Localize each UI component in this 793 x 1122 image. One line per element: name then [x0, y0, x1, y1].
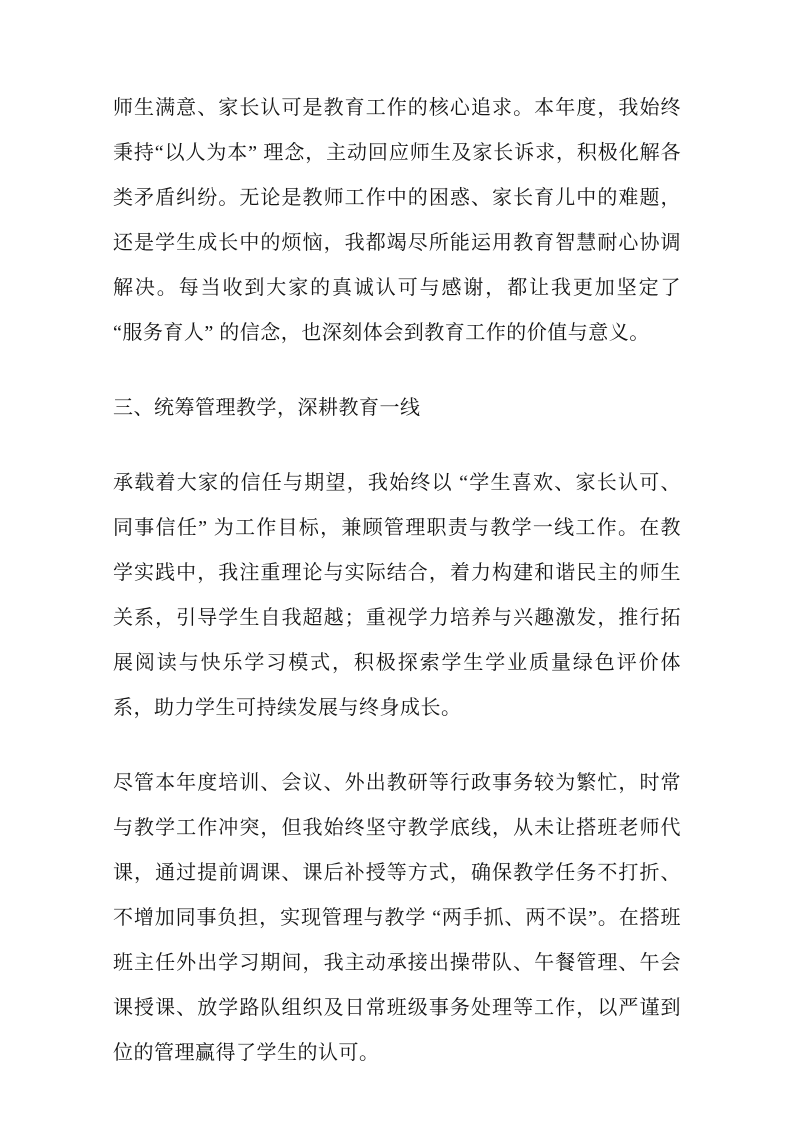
- document-page: 师生满意、家长认可是教育工作的核心追求。本年度，我始终秉持“以人为本” 理念，主…: [0, 0, 793, 1122]
- paragraph-service-belief: 师生满意、家长认可是教育工作的核心追求。本年度，我始终秉持“以人为本” 理念，主…: [113, 86, 681, 356]
- section-heading-3: 三、统筹管理教学，深耕教育一线: [113, 386, 681, 431]
- paragraph-teaching-practice: 承载着大家的信任与期望，我始终以 “学生喜欢、家长认可、同事信任” 为工作目标，…: [113, 461, 681, 731]
- paragraph-management-and-teaching: 尽管本年度培训、会议、外出教研等行政事务较为繁忙，时常与教学工作冲突，但我始终坚…: [113, 761, 681, 1076]
